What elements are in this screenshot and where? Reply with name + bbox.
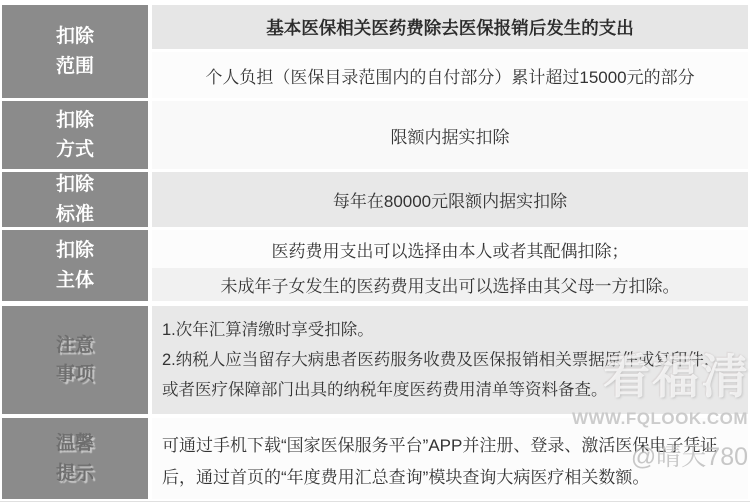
row-header-method-line2: 方式 xyxy=(56,135,94,164)
row-header-method-line1: 扣除 xyxy=(56,106,94,135)
notes-item-1: 1.次年汇算清缴时享受扣除。 xyxy=(162,315,374,345)
row-header-notes-line1: 注意 xyxy=(56,331,94,360)
row-header-tips-line1: 温馨 xyxy=(56,429,94,458)
standard-cell: 每年在80000元限额内据实扣除 xyxy=(152,172,748,227)
row-header-notes-line2: 事项 xyxy=(56,360,94,389)
row-header-scope: 扣除 范围 xyxy=(2,5,148,98)
row-header-method: 扣除 方式 xyxy=(2,101,148,169)
row-header-subject-line1: 扣除 xyxy=(56,236,94,265)
row-header-tips: 温馨 提示 xyxy=(2,418,148,499)
row-header-tips-line2: 提示 xyxy=(56,459,94,488)
scope-cell-personal: 个人负担（医保目录范围内的自付部分）累计超过15000元的部分 xyxy=(152,52,748,98)
subject-cell-self-spouse: 医药费用支出可以选择由本人或者其配偶扣除； xyxy=(152,230,748,268)
notes-item-2: 2.纳税人应当留存大病患者医药服务收费及医保报销相关票据原件或复印件，或者医疗保… xyxy=(162,345,736,405)
row-header-standard-line2: 标准 xyxy=(56,200,94,229)
row-standard-content: 每年在80000元限额内据实扣除 xyxy=(152,172,748,227)
row-subject-content: 医药费用支出可以选择由本人或者其配偶扣除； 未成年子女发生的医药费用支出可以选择… xyxy=(152,230,748,301)
row-header-standard: 扣除 标准 xyxy=(2,172,148,227)
deduction-info-table-page: 扣除 范围 基本医保相关医药费除去医保报销后发生的支出 个人负担（医保目录范围内… xyxy=(0,0,750,504)
row-header-scope-line2: 范围 xyxy=(56,52,94,81)
table-row-method: 扣除 方式 限额内据实扣除 xyxy=(2,101,748,169)
row-header-notes: 注意 事项 xyxy=(2,306,148,414)
row-method-content: 限额内据实扣除 xyxy=(152,101,748,169)
row-scope-content: 基本医保相关医药费除去医保报销后发生的支出 个人负担（医保目录范围内的自付部分）… xyxy=(152,5,748,98)
table-row-notes: 注意 事项 1.次年汇算清缴时享受扣除。 2.纳税人应当留存大病患者医药服务收费… xyxy=(2,306,748,414)
row-header-subject: 扣除 主体 xyxy=(2,230,148,301)
table-row-standard: 扣除 标准 每年在80000元限额内据实扣除 xyxy=(2,172,748,227)
tips-cell: 可通过手机下载“国家医保服务平台”APP并注册、登录、激活医保电子凭证后，通过首… xyxy=(152,418,748,499)
notes-cell: 1.次年汇算清缴时享受扣除。 2.纳税人应当留存大病患者医药服务收费及医保报销相… xyxy=(152,306,748,414)
row-header-scope-line1: 扣除 xyxy=(56,22,94,51)
row-header-standard-line1: 扣除 xyxy=(56,170,94,199)
method-cell: 限额内据实扣除 xyxy=(152,101,748,169)
bottom-border-line xyxy=(0,501,750,502)
scope-cell-basic: 基本医保相关医药费除去医保报销后发生的支出 xyxy=(152,5,748,49)
row-tips-content: 可通过手机下载“国家医保服务平台”APP并注册、登录、激活医保电子凭证后，通过首… xyxy=(152,418,748,499)
table-row-subject: 扣除 主体 医药费用支出可以选择由本人或者其配偶扣除； 未成年子女发生的医药费用… xyxy=(2,230,748,301)
tips-text: 可通过手机下载“国家医保服务平台”APP并注册、登录、激活医保电子凭证后，通过首… xyxy=(162,427,736,495)
row-notes-content: 1.次年汇算清缴时享受扣除。 2.纳税人应当留存大病患者医药服务收费及医保报销相… xyxy=(152,306,748,414)
subject-cell-minor-children: 未成年子女发生的医药费用支出可以选择由其父母一方扣除。 xyxy=(152,268,748,301)
deduction-table: 扣除 范围 基本医保相关医药费除去医保报销后发生的支出 个人负担（医保目录范围内… xyxy=(2,5,748,502)
table-row-scope: 扣除 范围 基本医保相关医药费除去医保报销后发生的支出 个人负担（医保目录范围内… xyxy=(2,5,748,98)
row-header-subject-line2: 主体 xyxy=(56,266,94,295)
table-row-tips: 温馨 提示 可通过手机下载“国家医保服务平台”APP并注册、登录、激活医保电子凭… xyxy=(2,418,748,499)
